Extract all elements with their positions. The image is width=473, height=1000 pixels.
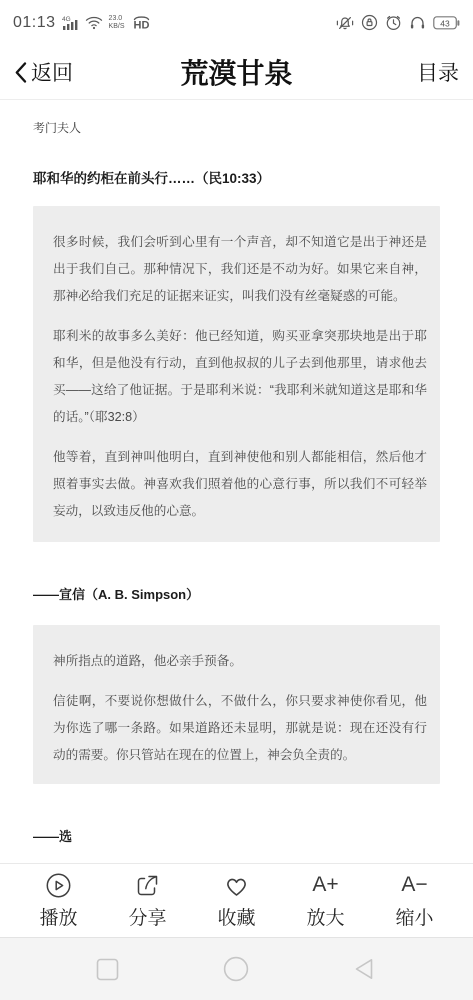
back-triangle-icon bbox=[353, 957, 377, 981]
network-type-label: 4G bbox=[62, 16, 71, 23]
clock-time: 01:13 bbox=[13, 14, 56, 32]
font-decrease-label: 缩小 bbox=[395, 903, 433, 930]
verse-heading: 耶和华的约柜在前头行……（民10:33） bbox=[33, 167, 440, 187]
battery-percent-label: 43 bbox=[440, 18, 450, 28]
share-icon bbox=[134, 871, 161, 899]
share-label: 分享 bbox=[128, 903, 166, 930]
alarm-clock-icon bbox=[385, 14, 402, 31]
font-increase-button[interactable]: A+ 放大 bbox=[296, 871, 356, 930]
play-label: 播放 bbox=[39, 903, 77, 930]
vibrate-mute-icon bbox=[336, 15, 354, 31]
headset-icon bbox=[409, 15, 426, 31]
bottom-toolbar: 播放 分享 收藏 A+ 放大 bbox=[0, 863, 473, 937]
recents-button[interactable] bbox=[96, 958, 119, 981]
paragraph: 他等着，直到神叫他明白，直到神使他和别人都能相信，然后他才照着事实去做。神喜欢我… bbox=[53, 444, 427, 525]
attribution-simpson: ——宣信（A. B. Simpson） bbox=[33, 584, 440, 603]
screen-lock-icon bbox=[361, 14, 378, 31]
signal-bars-icon: 4G bbox=[62, 15, 79, 31]
back-button-label: 返回 bbox=[31, 57, 73, 87]
back-nav-button[interactable] bbox=[353, 957, 377, 981]
play-icon bbox=[45, 871, 72, 899]
author-name: 考门夫人 bbox=[33, 119, 440, 136]
devotional-block-1: 很多时候，我们会听到心里有一个声音，却不知道它是出于神还是出于我们自己。那种情况… bbox=[33, 206, 440, 542]
zoom-out-icon: A− bbox=[401, 871, 427, 899]
page-title: 荒漠甘泉 bbox=[124, 52, 349, 92]
paragraph: 信徒啊，不要说你想做什么，不做什么，你只要求神使你看见，他为你选了哪一条路。如果… bbox=[53, 688, 427, 769]
devotional-block-2: 神所指点的道路，他必亲手预备。 信徒啊，不要说你想做什么，不做什么，你只要求神使… bbox=[33, 625, 440, 784]
android-navigation-bar bbox=[0, 937, 473, 1000]
wifi-icon bbox=[85, 15, 103, 30]
paragraph: 神所指点的道路，他必亲手预备。 bbox=[53, 648, 427, 675]
zoom-in-icon: A+ bbox=[312, 871, 338, 899]
reading-content: 考门夫人 耶和华的约柜在前头行……（民10:33） 很多时候，我们会听到心里有一… bbox=[0, 100, 473, 863]
paragraph: 很多时候，我们会听到心里有一个声音，却不知道它是出于神还是出于我们自己。那种情况… bbox=[53, 229, 427, 310]
battery-icon: 43 bbox=[433, 16, 460, 30]
hd-volte-icon: HD bbox=[131, 14, 152, 31]
back-button[interactable]: 返回 bbox=[14, 57, 124, 87]
status-bar-right: 43 bbox=[336, 14, 460, 31]
heart-icon bbox=[222, 871, 251, 899]
share-button[interactable]: 分享 bbox=[118, 871, 178, 930]
font-decrease-button[interactable]: A− 缩小 bbox=[385, 871, 445, 930]
phone-screen: 01:13 4G 23.0 K bbox=[0, 0, 473, 1000]
recents-square-icon bbox=[96, 958, 119, 981]
network-speed: 23.0 KB/S bbox=[109, 15, 125, 30]
attribution-selected: ——选 bbox=[33, 826, 440, 845]
favorite-button[interactable]: 收藏 bbox=[207, 871, 267, 930]
svg-text:HD: HD bbox=[133, 20, 149, 32]
font-increase-label: 放大 bbox=[306, 903, 344, 930]
toc-button[interactable]: 目录 bbox=[349, 57, 459, 87]
home-button[interactable] bbox=[223, 956, 249, 982]
status-bar-left: 01:13 4G 23.0 K bbox=[13, 14, 152, 32]
home-circle-icon bbox=[223, 956, 249, 982]
chevron-left-icon bbox=[14, 61, 28, 84]
paragraph: 耶利米的故事多么美好：他已经知道，购买亚拿突那块地是出于耶和华，但是他没有行动，… bbox=[53, 323, 427, 431]
nav-bar: 返回 荒漠甘泉 目录 bbox=[0, 45, 473, 100]
network-speed-value: 23.0 bbox=[109, 15, 125, 23]
play-button[interactable]: 播放 bbox=[29, 871, 89, 930]
favorite-label: 收藏 bbox=[217, 903, 255, 930]
status-bar: 01:13 4G 23.0 K bbox=[0, 0, 473, 45]
network-speed-unit: KB/S bbox=[109, 23, 125, 31]
